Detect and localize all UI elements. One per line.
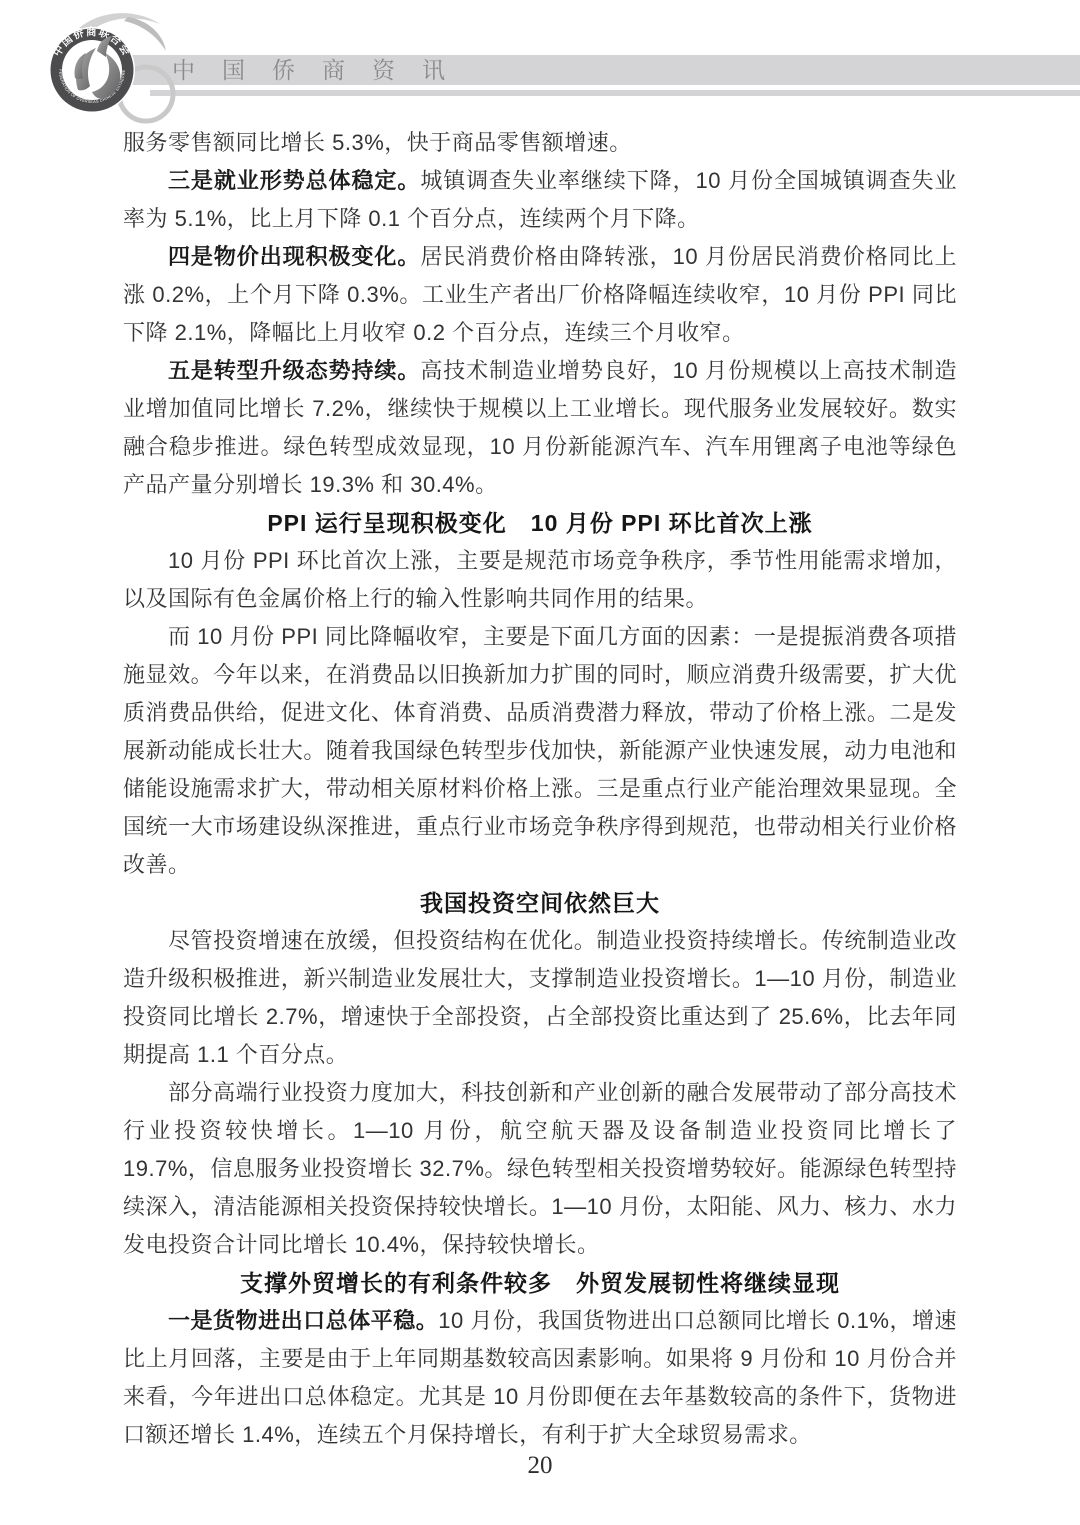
header-band-underline (150, 90, 1080, 96)
body-paragraph: 10 月份 PPI 环比首次上涨，主要是规范市场竞争秩序，季节性用能需求增加，以… (123, 542, 957, 618)
body-paragraph: 尽管投资增速在放缓，但投资结构在优化。制造业投资持续增长。传统制造业改造升级积极… (123, 922, 957, 1074)
body-paragraph: 五是转型升级态势持续。高技术制造业增势良好，10 月份规模以上高技术制造业增加值… (123, 352, 957, 504)
body-paragraph: 三是就业形势总体稳定。城镇调查失业率继续下降，10 月份全国城镇调查失业率为 5… (123, 162, 957, 238)
body-paragraph: 而 10 月份 PPI 同比降幅收窄，主要是下面几方面的因素：一是提振消费各项措… (123, 618, 957, 884)
publication-title: 中国侨商资讯 (172, 58, 472, 83)
cfoce-logo: 中国侨商联合会 CHINA FEDERATION OF OVERSEAS CHI… (42, 8, 182, 128)
body-paragraph: 一是货物进出口总体平稳。10 月份，我国货物进出口总额同比增长 0.1%，增速比… (123, 1302, 957, 1454)
page-footer: 20 (0, 1452, 1080, 1480)
body-paragraph: 四是物价出现积极变化。居民消费价格由降转涨，10 月份居民消费价格同比上涨 0.… (123, 238, 957, 352)
section-heading: 支撑外贸增长的有利条件较多 外贸发展韧性将继续显现 (123, 1264, 957, 1302)
section-heading: PPI 运行呈现积极变化 10 月份 PPI 环比首次上涨 (123, 504, 957, 542)
paragraph-bold-lead: 五是转型升级态势持续。 (168, 358, 420, 383)
paragraph-bold-lead: 四是物价出现积极变化。 (168, 244, 420, 269)
body-paragraph: 服务零售额同比增长 5.3%，快于商品零售额增速。 (123, 124, 957, 162)
document-page: 中国侨商资讯 中国侨商联合会 (0, 0, 1080, 1525)
section-heading: 我国投资空间依然巨大 (123, 884, 957, 922)
page-number: 20 (528, 1452, 553, 1479)
body-paragraph: 部分高端行业投资力度加大，科技创新和产业创新的融合发展带动了部分高技术行业投资较… (123, 1074, 957, 1264)
paragraph-bold-lead: 三是就业形势总体稳定。 (168, 168, 420, 193)
paragraph-bold-lead: 一是货物进出口总体平稳。 (168, 1308, 438, 1333)
document-body: 服务零售额同比增长 5.3%，快于商品零售额增速。三是就业形势总体稳定。城镇调查… (123, 124, 957, 1454)
